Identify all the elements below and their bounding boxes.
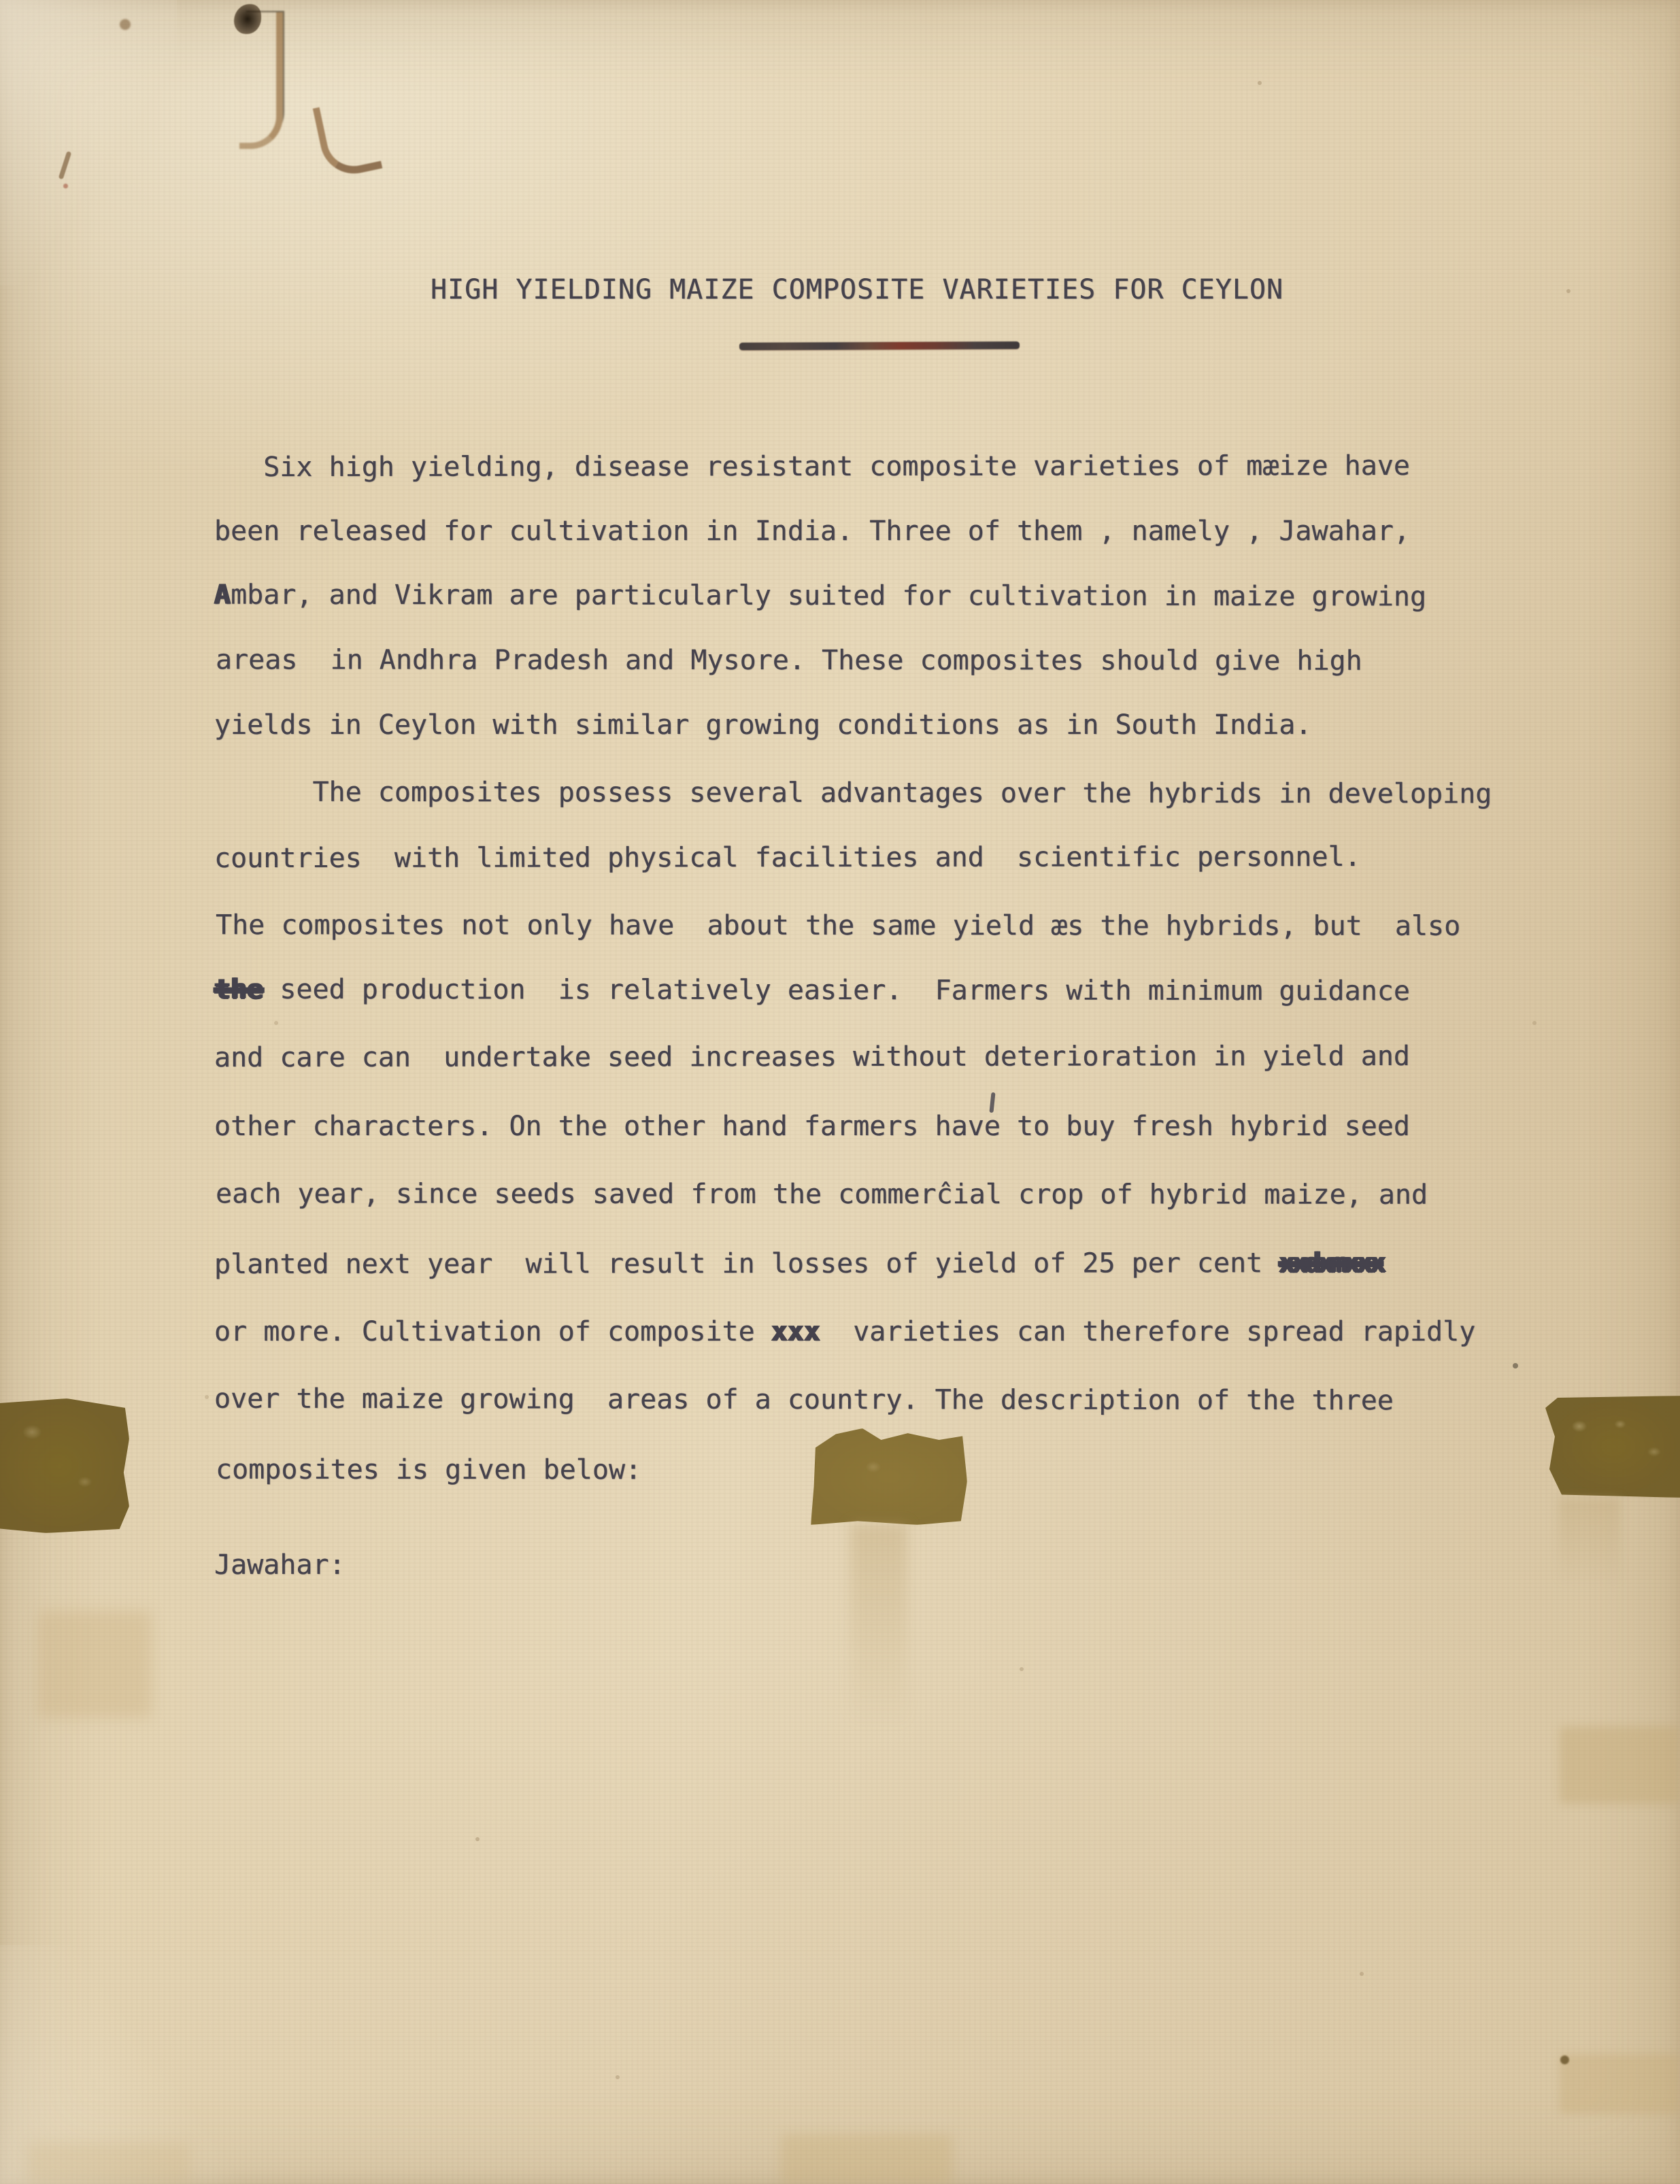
typed-line: each year, since seeds saved from the co…	[216, 1177, 1428, 1211]
typed-line: yields in Ceylon with similar growing co…	[214, 709, 1312, 741]
typed-line: planted next year will result in losses …	[214, 1247, 1386, 1281]
typed-line: over the maize growing areas of a countr…	[214, 1383, 1394, 1417]
overtyped-letter: A	[214, 579, 231, 611]
stain-dot-bottom-right	[1560, 2055, 1569, 2064]
faint-stain-right-middle	[1560, 1726, 1680, 1804]
tape-stain-middle	[811, 1428, 967, 1525]
dust-specks	[0, 0, 3, 3]
corner-crease-top-left	[0, 0, 177, 286]
typed-line: countries with limited physical faciliti…	[214, 841, 1361, 875]
tape-stain-middle-wash	[850, 1524, 907, 1728]
rust-tick-left-edge	[58, 151, 72, 180]
struck-out-word: the	[214, 974, 263, 1005]
struck-out-word: xxdxmxxx	[1279, 1247, 1386, 1279]
typed-line: composites is given below:	[216, 1454, 641, 1487]
typed-line: Ambar, and Vikram are particularly suite…	[214, 579, 1426, 614]
faint-stain-bottom-left	[27, 2143, 190, 2184]
corner-crease-bottom-left	[0, 1945, 286, 2184]
title-underline	[739, 341, 1020, 350]
faint-stain-bottom-middle	[781, 2134, 952, 2184]
typed-line: Jawahar:	[214, 1549, 346, 1581]
rust-dot-left-edge	[63, 184, 68, 188]
typed-line: Six high yielding, disease resistant com…	[214, 450, 1410, 484]
typed-line: The composites not only have about the s…	[216, 909, 1460, 943]
tape-stain-right	[1545, 1396, 1680, 1498]
typed-line: areas in Andhra Pradesh and Mysore. Thes…	[216, 643, 1362, 677]
typed-line: The composites possess several advantage…	[214, 776, 1492, 811]
overtyped-word: xxx	[771, 1316, 820, 1347]
rust-hook-mark	[239, 12, 283, 149]
typed-line: and care can undertake seed increases wi…	[214, 1040, 1410, 1074]
typed-line: or more. Cultivation of composite xxx va…	[214, 1315, 1475, 1348]
rust-dot	[120, 19, 131, 30]
paper-grain-texture	[0, 0, 1680, 2184]
faint-stain-left	[37, 1611, 152, 1718]
document-title: HIGH YIELDING MAIZE COMPOSITE VARIETIES …	[431, 273, 1283, 306]
paper-sheet: HIGH YIELDING MAIZE COMPOSITE VARIETIES …	[0, 0, 1680, 2184]
typed-line: other characters. On the other hand farm…	[214, 1110, 1410, 1143]
ink-blot-top	[234, 4, 261, 34]
typed-line: been released for cultivation in India. …	[214, 515, 1410, 548]
tape-stain-left	[0, 1398, 129, 1533]
typed-line: the seed production is relatively easier…	[214, 973, 1410, 1008]
faint-stain-bottom-right	[1560, 2054, 1680, 2114]
rust-curve-mark	[313, 97, 382, 180]
tape-stain-right-wash	[1559, 1498, 1620, 1586]
